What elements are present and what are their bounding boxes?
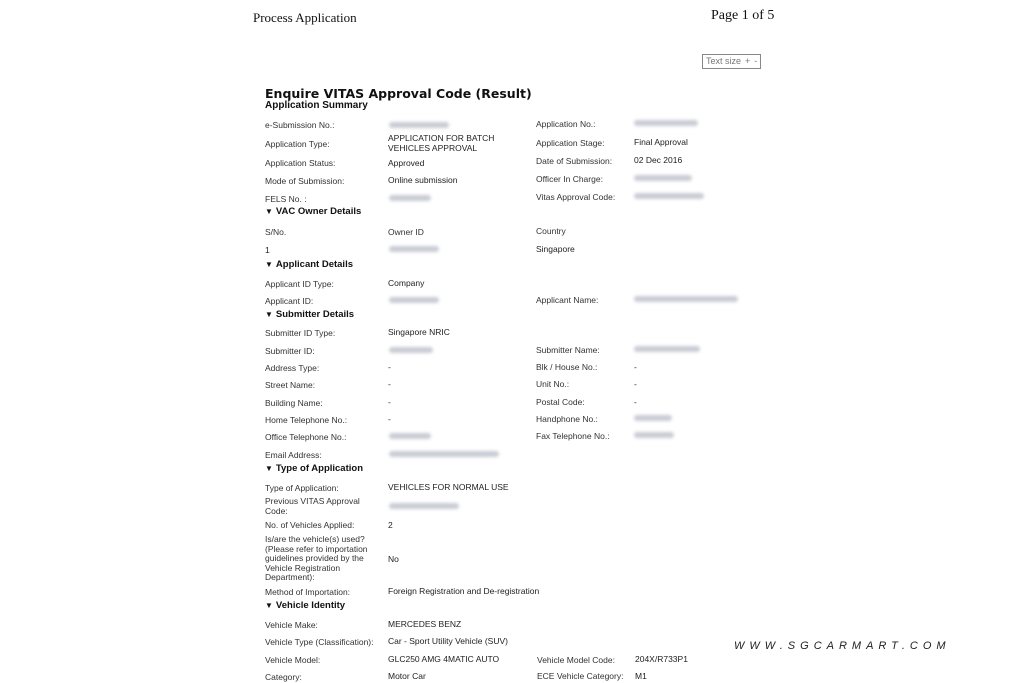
applicant-section-toggle[interactable]: ▼Applicant Details bbox=[265, 259, 353, 270]
collapse-triangle-icon: ▼ bbox=[265, 260, 273, 269]
vitas-approval-code-value-redacted bbox=[634, 193, 704, 199]
text-size-label: Text size bbox=[706, 55, 741, 68]
mode-of-submission-label: Mode of Submission: bbox=[265, 176, 344, 186]
ece-category-value: M1 bbox=[635, 671, 647, 681]
address-type-value: - bbox=[388, 362, 391, 372]
blk-house-value: - bbox=[634, 362, 637, 372]
page-indicator: Page 1 of 5 bbox=[711, 8, 774, 24]
submitter-section-toggle[interactable]: ▼Submitter Details bbox=[265, 309, 354, 320]
application-no-label: Application No.: bbox=[536, 119, 596, 129]
handphone-label: Handphone No.: bbox=[536, 414, 598, 424]
blk-house-label: Blk / House No.: bbox=[536, 362, 597, 372]
vac-owner-heading: VAC Owner Details bbox=[276, 206, 361, 217]
submitter-id-type-value: Singapore NRIC bbox=[388, 327, 450, 337]
email-address-label: Email Address: bbox=[265, 450, 322, 460]
owner-row-sno: 1 bbox=[265, 245, 270, 255]
submitter-id-label: Submitter ID: bbox=[265, 346, 315, 356]
submitter-id-redacted bbox=[389, 347, 433, 353]
home-telephone-value: - bbox=[388, 414, 391, 424]
application-no-value-redacted bbox=[634, 120, 698, 126]
application-stage-value: Final Approval bbox=[634, 137, 688, 147]
applicant-heading: Applicant Details bbox=[276, 259, 353, 270]
application-type-label: Application Type: bbox=[265, 139, 330, 149]
submitter-name-redacted bbox=[634, 346, 700, 352]
owner-id-redacted bbox=[389, 246, 439, 252]
unit-no-label: Unit No.: bbox=[536, 379, 569, 389]
application-stage-label: Application Stage: bbox=[536, 138, 605, 148]
date-of-submission-label: Date of Submission: bbox=[536, 156, 612, 166]
application-status-label: Application Status: bbox=[265, 158, 335, 168]
vehicle-model-code-value: 204X/R733P1 bbox=[635, 654, 688, 664]
category-value: Motor Car bbox=[388, 671, 426, 681]
vehicle-identity-heading: Vehicle Identity bbox=[276, 600, 345, 611]
vehicle-model-label: Vehicle Model: bbox=[265, 655, 320, 665]
text-size-decrease-button[interactable]: - bbox=[754, 55, 757, 68]
method-of-importation-value: Foreign Registration and De-registration bbox=[388, 586, 539, 596]
email-address-redacted bbox=[389, 451, 499, 457]
previous-vitas-code-label: Previous VITAS Approval Code: bbox=[265, 497, 383, 516]
ece-category-label: ECE Vehicle Category: bbox=[537, 671, 623, 681]
officer-in-charge-label: Officer In Charge: bbox=[536, 174, 603, 184]
application-type-field-label: Type of Application: bbox=[265, 483, 339, 493]
watermark: WWW.SGCARMART.COM bbox=[734, 640, 951, 652]
fax-telephone-redacted bbox=[634, 432, 674, 438]
print-header-title: Process Application bbox=[253, 10, 357, 26]
applicant-name-redacted bbox=[634, 296, 738, 302]
e-submission-label: e-Submission No.: bbox=[265, 120, 334, 130]
street-name-label: Street Name: bbox=[265, 380, 315, 390]
page-title: Enquire VITAS Approval Code (Result) bbox=[265, 86, 532, 101]
postal-code-value: - bbox=[634, 397, 637, 407]
application-type-value: APPLICATION FOR BATCH VEHICLES APPROVAL bbox=[388, 133, 528, 153]
postal-code-label: Postal Code: bbox=[536, 397, 585, 407]
office-telephone-redacted bbox=[389, 433, 431, 439]
applicant-name-label: Applicant Name: bbox=[536, 295, 598, 305]
vehicle-make-label: Vehicle Make: bbox=[265, 620, 318, 630]
building-name-label: Building Name: bbox=[265, 398, 323, 408]
owner-country: Singapore bbox=[536, 244, 575, 254]
fax-telephone-label: Fax Telephone No.: bbox=[536, 431, 610, 441]
submitter-name-label: Submitter Name: bbox=[536, 345, 600, 355]
collapse-triangle-icon: ▼ bbox=[265, 310, 273, 319]
type-of-application-section-toggle[interactable]: ▼Type of Application bbox=[265, 463, 363, 474]
submitter-heading: Submitter Details bbox=[276, 309, 354, 320]
home-telephone-label: Home Telephone No.: bbox=[265, 415, 347, 425]
category-label: Category: bbox=[265, 672, 302, 682]
col-owner-id: Owner ID bbox=[388, 227, 424, 237]
collapse-triangle-icon: ▼ bbox=[265, 207, 273, 216]
vehicles-used-label: Is/are the vehicle(s) used? (Please refe… bbox=[265, 535, 389, 583]
handphone-redacted bbox=[634, 415, 672, 421]
col-country: Country bbox=[536, 226, 566, 236]
previous-vitas-code-redacted bbox=[389, 503, 459, 509]
type-of-application-heading: Type of Application bbox=[276, 463, 363, 474]
collapse-triangle-icon: ▼ bbox=[265, 601, 273, 610]
vehicle-type-value: Car - Sport Utility Vehicle (SUV) bbox=[388, 636, 508, 646]
applicant-id-label: Applicant ID: bbox=[265, 296, 313, 306]
street-name-value: - bbox=[388, 379, 391, 389]
address-type-label: Address Type: bbox=[265, 363, 319, 373]
num-vehicles-label: No. of Vehicles Applied: bbox=[265, 520, 354, 530]
vac-owner-section-toggle[interactable]: ▼VAC Owner Details bbox=[265, 206, 361, 217]
vehicle-make-value: MERCEDES BENZ bbox=[388, 619, 461, 629]
application-summary-heading: Application Summary bbox=[265, 100, 368, 111]
submitter-id-type-label: Submitter ID Type: bbox=[265, 328, 335, 338]
method-of-importation-label: Method of Importation: bbox=[265, 587, 350, 597]
applicant-id-type-value: Company bbox=[388, 278, 424, 288]
vehicles-used-value: No bbox=[388, 554, 399, 564]
fels-no-value-redacted bbox=[389, 195, 431, 201]
text-size-increase-button[interactable]: + bbox=[745, 55, 750, 68]
office-telephone-label: Office Telephone No.: bbox=[265, 432, 346, 442]
application-type-field-value: VEHICLES FOR NORMAL USE bbox=[388, 482, 509, 492]
application-status-value: Approved bbox=[388, 158, 424, 168]
applicant-id-redacted bbox=[389, 297, 439, 303]
fels-no-label: FELS No. : bbox=[265, 194, 307, 204]
num-vehicles-value: 2 bbox=[388, 520, 393, 530]
text-size-control: Text size + - bbox=[702, 54, 761, 69]
vehicle-model-code-label: Vehicle Model Code: bbox=[537, 655, 615, 665]
unit-no-value: - bbox=[634, 379, 637, 389]
vitas-approval-code-label: Vitas Approval Code: bbox=[536, 192, 615, 202]
officer-in-charge-value-redacted bbox=[634, 175, 692, 181]
vehicle-type-label: Vehicle Type (Classification): bbox=[265, 637, 374, 647]
vehicle-model-value: GLC250 AMG 4MATIC AUTO bbox=[388, 654, 499, 664]
date-of-submission-value: 02 Dec 2016 bbox=[634, 155, 682, 165]
mode-of-submission-value: Online submission bbox=[388, 175, 457, 185]
e-submission-value-redacted bbox=[389, 122, 449, 128]
building-name-value: - bbox=[388, 397, 391, 407]
applicant-id-type-label: Applicant ID Type: bbox=[265, 279, 334, 289]
collapse-triangle-icon: ▼ bbox=[265, 464, 273, 473]
vehicle-identity-section-toggle[interactable]: ▼Vehicle Identity bbox=[265, 600, 345, 611]
col-sno: S/No. bbox=[265, 227, 286, 237]
